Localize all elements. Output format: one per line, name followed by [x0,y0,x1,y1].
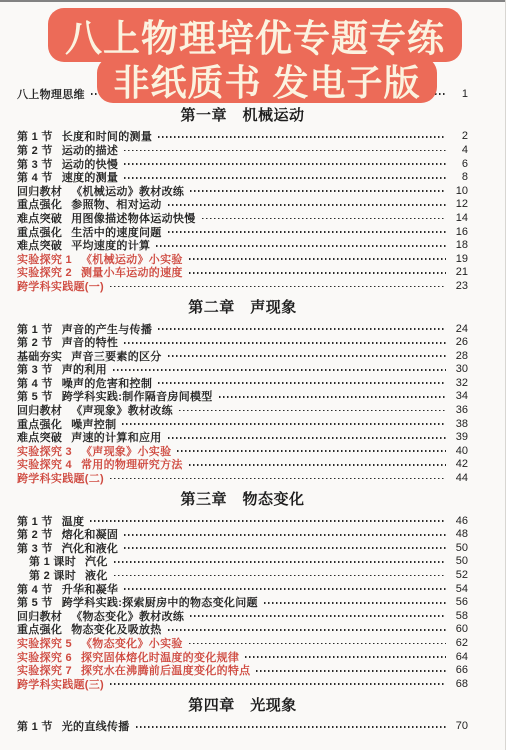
dotted-leader [168,204,446,206]
toc-entry: 第 1 节光的直线传播70 [17,720,468,734]
chapter-heading: 第四章 光现象 [17,698,468,713]
page-number: 10 [450,185,468,197]
toc-entry: 跨学科实践题(一)23 [17,279,468,293]
dotted-leader [189,464,446,466]
dotted-leader [168,231,446,233]
dotted-leader [179,410,446,412]
page-number: 40 [450,445,468,457]
toc-entry-title: 探究水在沸腾前后温度变化的特点 [81,662,251,678]
dotted-leader [189,272,446,274]
dotted-leader [177,450,446,452]
dotted-leader [124,177,446,179]
page-number: 58 [450,610,468,622]
page-number: 34 [450,390,468,402]
dotted-leader [158,136,446,138]
page-number: 64 [450,651,468,663]
toc-entry-label: 跨学科实践题(二) [17,470,104,486]
page-number: 54 [450,583,468,595]
toc-entry: 跨学科实践题(二)44 [17,471,468,485]
dotted-leader [113,369,446,371]
dotted-leader [124,163,446,165]
dotted-leader [114,561,446,563]
page-number: 8 [450,171,468,183]
page-number: 46 [450,515,468,527]
dotted-leader [189,258,446,260]
page-number: 24 [450,323,468,335]
page-number: 19 [450,253,468,265]
toc-entry-label: 八上物理思维 [17,86,85,102]
page-number: 44 [450,472,468,484]
page-number: 39 [450,431,468,443]
dotted-leader [245,656,446,658]
dotted-leader [256,670,446,672]
dotted-leader [114,575,446,577]
dotted-leader [202,218,446,220]
dotted-leader [190,190,446,192]
dotted-leader [136,726,446,728]
dotted-leader [110,683,446,685]
dotted-leader [219,396,446,398]
page-number: 50 [450,542,468,554]
dotted-leader [158,328,446,330]
page-number: 2 [450,130,468,142]
page-number: 12 [450,198,468,210]
toc-entry-title: 光的直线传播 [62,718,130,734]
dotted-leader [264,602,446,604]
dotted-leader [190,615,446,617]
page-number: 6 [450,158,468,170]
toc: 八上物理思维1第一章 机械运动第 1 节长度和时间的测量2第 2 节运动的描述4… [0,0,506,733]
page-number: 26 [450,336,468,348]
page-number: 38 [450,418,468,430]
page-number: 70 [450,720,468,732]
dotted-leader [110,478,446,480]
dotted-leader [124,588,446,590]
dotted-leader [124,150,446,152]
book-page: 八上物理思维1第一章 机械运动第 1 节长度和时间的测量2第 2 节运动的描述4… [0,0,506,750]
dotted-leader [110,286,446,288]
toc-entry-label: 第 1 节 [17,718,53,734]
dotted-leader [124,547,446,549]
page-number: 21 [450,266,468,278]
dotted-leader [122,423,446,425]
page-number: 1 [450,88,468,100]
page-number: 66 [450,664,468,676]
dotted-leader [124,342,446,344]
dotted-leader [168,629,446,631]
page-number: 50 [450,555,468,567]
chapter-heading: 第二章 声现象 [17,300,468,315]
toc-entry-label: 跨学科实践题(三) [17,676,104,692]
toc-entry: 跨学科实践题(三)68 [17,677,468,691]
dotted-leader [124,534,446,536]
page-number: 16 [450,226,468,238]
page-number: 62 [450,637,468,649]
dotted-leader [168,355,446,357]
page-number: 36 [450,404,468,416]
page-number: 30 [450,363,468,375]
page-number: 68 [450,678,468,690]
page-number: 60 [450,623,468,635]
dotted-leader [189,643,446,645]
page-number: 48 [450,528,468,540]
page-number: 32 [450,377,468,389]
page-number: 42 [450,458,468,470]
page-number: 14 [450,212,468,224]
dotted-leader [90,520,446,522]
page-number: 18 [450,239,468,251]
page-number: 52 [450,569,468,581]
chapter-heading: 第三章 物态变化 [17,492,468,507]
dotted-leader [156,245,446,247]
promo-sticker-line2: 非纸质书 发电子版 [97,57,437,103]
page-number: 4 [450,144,468,156]
page-number: 28 [450,350,468,362]
dotted-leader [158,382,446,384]
page-number: 56 [450,596,468,608]
dotted-leader [168,437,446,439]
toc-entry-label: 跨学科实践题(一) [17,278,104,294]
chapter-heading: 第一章 机械运动 [17,108,468,123]
page-number: 23 [450,280,468,292]
